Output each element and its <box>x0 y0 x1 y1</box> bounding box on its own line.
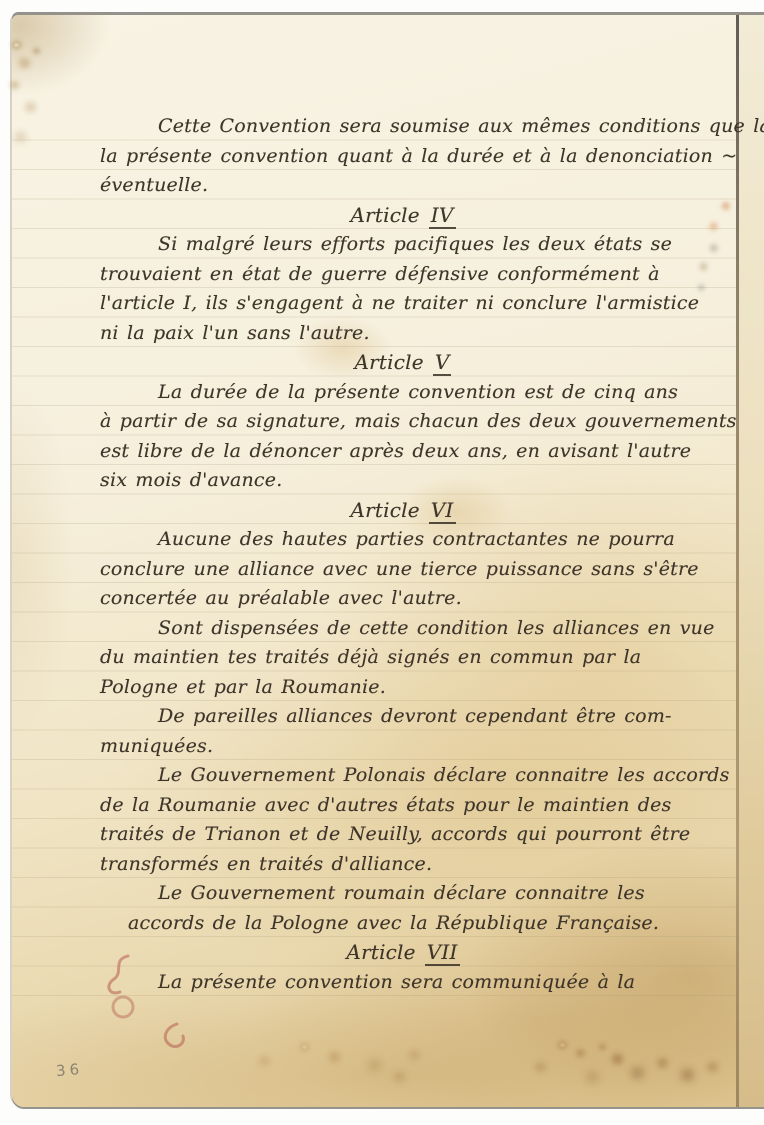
text-line: transformés en traités d'alliance. <box>100 850 734 880</box>
text-line: ni la paix l'un sans l'autre. <box>100 319 734 349</box>
text-line: muniquées. <box>100 732 734 762</box>
text-line: à partir de sa signature, mais chacun de… <box>100 407 734 437</box>
text-line: Pologne et par la Roumanie. <box>100 673 734 703</box>
manuscript-text: Cette Convention sera soumise aux mêmes … <box>100 112 734 997</box>
article-heading-label: Article <box>350 203 419 227</box>
text-line: Le Gouvernement roumain déclare connaitr… <box>100 879 734 909</box>
article-heading-numeral: V <box>433 350 452 376</box>
scan-background: Cette Convention sera soumise aux mêmes … <box>0 0 764 1125</box>
text-line: concertée au préalable avec l'autre. <box>100 584 734 614</box>
text-line: éventuelle. <box>100 171 734 201</box>
text-line: La durée de la présente convention est d… <box>100 378 734 408</box>
article-heading-label: Article <box>355 350 424 374</box>
text-line: De pareilles alliances devront cependant… <box>100 702 734 732</box>
binding-fold-strip <box>738 15 764 1107</box>
article-heading-label: Article <box>350 498 419 522</box>
text-line: est libre de la dénoncer après deux ans,… <box>100 437 734 467</box>
text-line: La présente convention sera communiquée … <box>100 968 734 998</box>
article-heading-v: ArticleV <box>100 348 734 378</box>
pencil-page-number: 36 <box>55 1060 84 1080</box>
text-line: Si malgré leurs efforts pacifiques les d… <box>100 230 734 260</box>
foxing-spots-bottom-right <box>560 1043 565 1047</box>
red-ink-mark <box>157 1020 191 1054</box>
text-line: Sont dispensées de cette condition les a… <box>100 614 734 644</box>
foxing-spots-top-left <box>14 43 19 47</box>
article-heading-vi: ArticleVI <box>100 496 734 526</box>
article-heading-iv: ArticleIV <box>100 201 734 231</box>
text-line: traités de Trianon et de Neuilly, accord… <box>100 820 734 850</box>
red-ink-mark <box>92 950 156 1034</box>
text-line: de la Roumanie avec d'autres états pour … <box>100 791 734 821</box>
text-line: Cette Convention sera soumise aux mêmes … <box>100 112 734 142</box>
foxing-spots-bottom-center <box>302 1045 307 1049</box>
text-line: accords de la Pologne avec la République… <box>100 909 734 939</box>
text-line: du maintien tes traités déjà signés en c… <box>100 643 734 673</box>
article-heading-vii: ArticleVII <box>100 938 734 968</box>
text-line: l'article I, ils s'engagent à ne traiter… <box>100 289 734 319</box>
text-line: trouvaient en état de guerre défensive c… <box>100 260 734 290</box>
text-line: Le Gouvernement Polonais déclare connait… <box>100 761 734 791</box>
article-heading-numeral: IV <box>429 203 456 229</box>
article-heading-numeral: VI <box>429 498 456 524</box>
text-line: la présente convention quant à la durée … <box>100 142 734 172</box>
text-line: conclure une alliance avec une tierce pu… <box>100 555 734 585</box>
text-line: Aucune des hautes parties contractantes … <box>100 525 734 555</box>
article-heading-label: Article <box>346 940 415 964</box>
manuscript-page: Cette Convention sera soumise aux mêmes … <box>12 15 764 1107</box>
article-heading-numeral: VII <box>425 940 460 966</box>
text-line: six mois d'avance. <box>100 466 734 496</box>
